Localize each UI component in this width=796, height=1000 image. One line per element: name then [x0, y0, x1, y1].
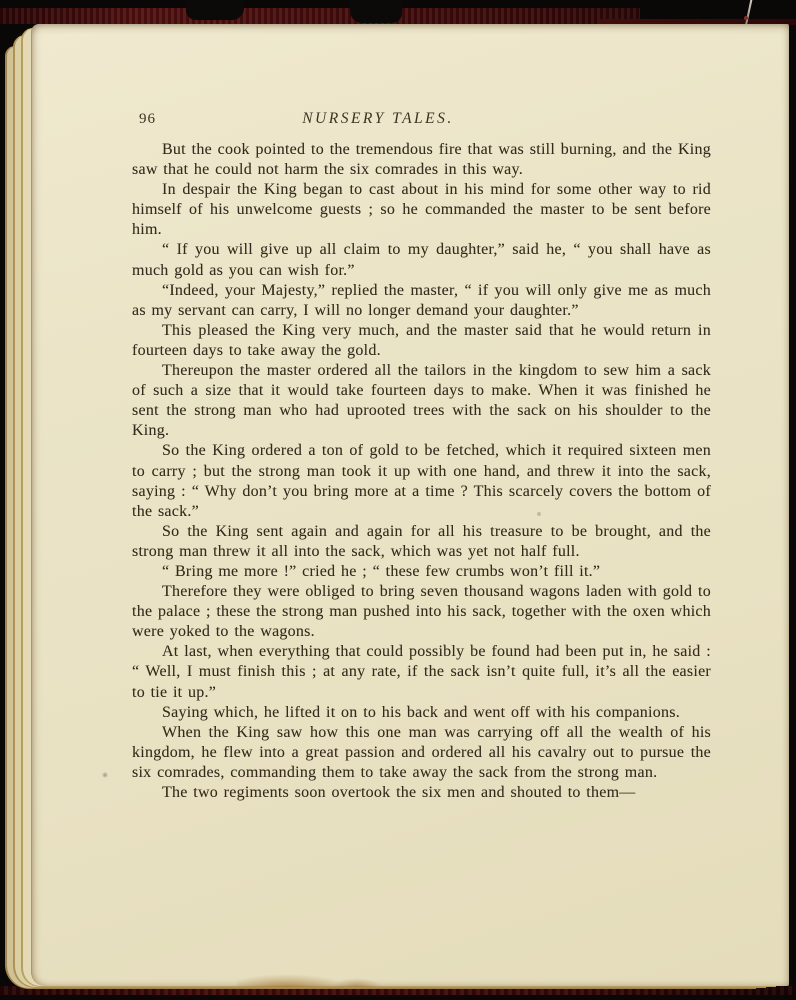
book-page: 96 NURSERY TALES. But the cook pointed t…	[31, 24, 789, 986]
paragraph: “ Bring me more !” cried he ; “ these fe…	[132, 562, 711, 582]
paragraph: “Indeed, your Majesty,” replied the mast…	[132, 281, 711, 321]
paragraph: Saying which, he lifted it on to his bac…	[132, 703, 711, 723]
paragraph: So the King sent again and again for all…	[132, 522, 711, 562]
red-fleck	[744, 16, 748, 20]
paragraph: Therefore they were obliged to bring sev…	[132, 582, 711, 642]
paragraph: So the King ordered a ton of gold to be …	[132, 441, 711, 521]
paragraph: But the cook pointed to the tremendous f…	[132, 140, 711, 180]
book-scan: 96 NURSERY TALES. But the cook pointed t…	[0, 0, 796, 1000]
running-header: NURSERY TALES.	[132, 110, 624, 128]
paragraph: The two regiments soon overtook the six …	[132, 783, 711, 803]
paragraph: “ If you will give up all claim to my da…	[132, 240, 711, 280]
book-cover-cloth-top	[0, 8, 640, 24]
foxing-stain-small	[332, 978, 382, 987]
scanner-clip-right	[350, 0, 402, 23]
ink-speck	[102, 772, 108, 778]
paragraph: When the King saw how this one man was c…	[132, 723, 711, 783]
scanner-clip-left	[186, 0, 244, 20]
paper-speck	[537, 512, 541, 516]
paragraph: This pleased the King very much, and the…	[132, 321, 711, 361]
paragraph: In despair the King began to cast about …	[132, 180, 711, 240]
page-body: But the cook pointed to the tremendous f…	[132, 140, 711, 803]
foxing-stain	[237, 974, 347, 987]
paragraph: At last, when everything that could poss…	[132, 642, 711, 702]
paragraph: Thereupon the master ordered all the tai…	[132, 361, 711, 441]
